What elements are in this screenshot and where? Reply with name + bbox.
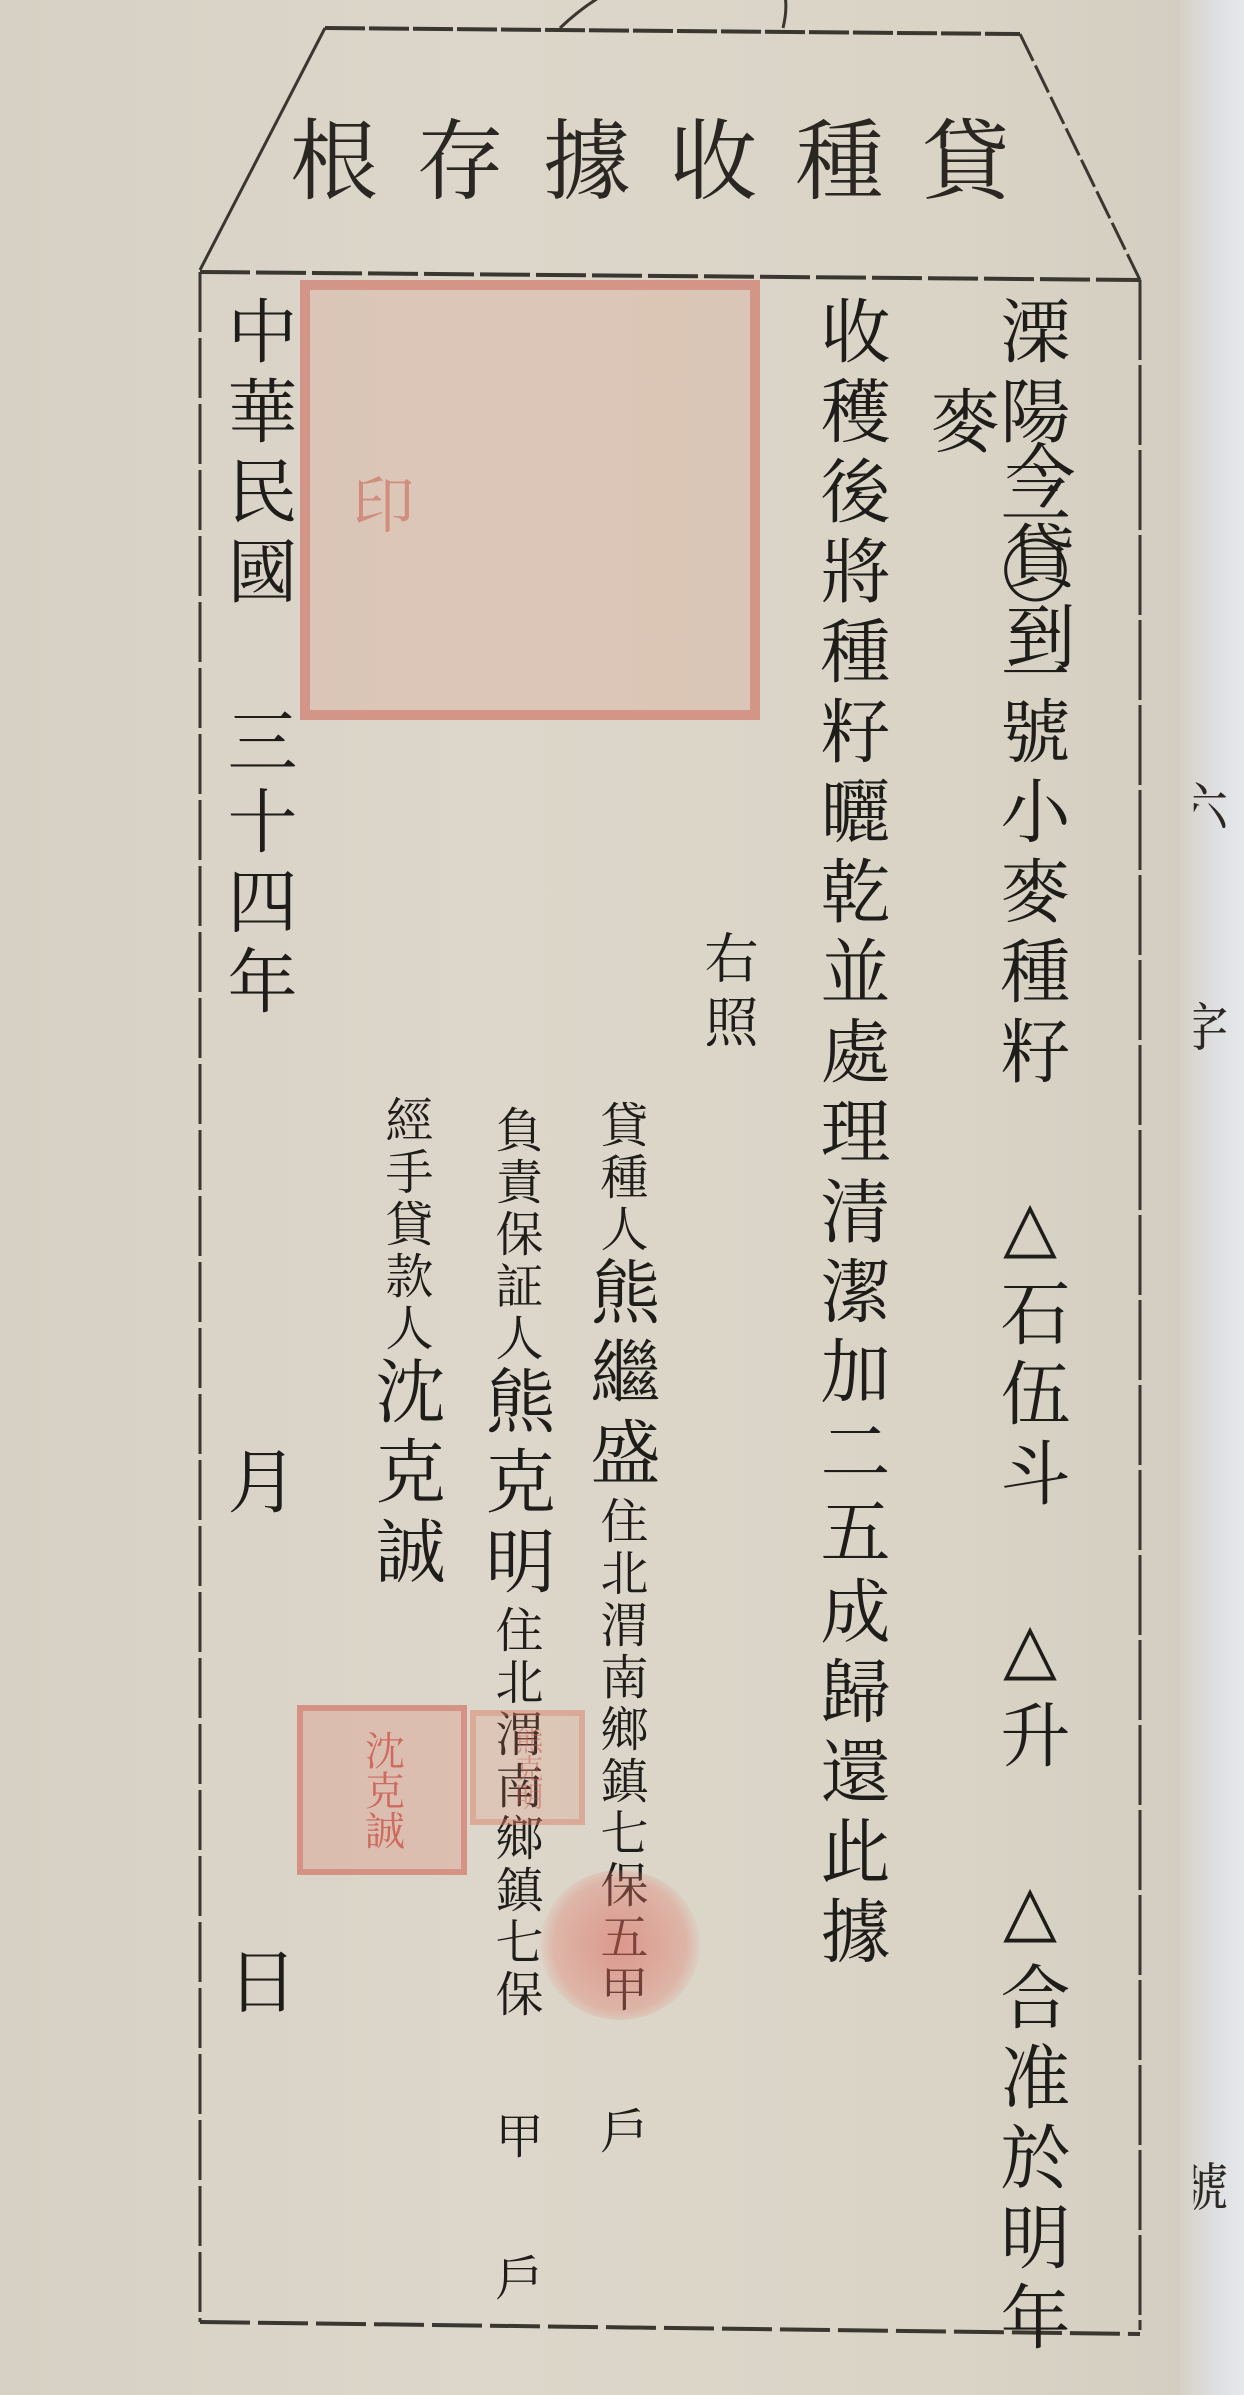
handler-column: 經手貸款人沈克誠 — [370, 1095, 440, 1595]
borrower-label: 貸種人 — [592, 1100, 648, 1256]
borrower-name: 熊繼盛 — [579, 1256, 661, 1496]
title-char: 種 — [796, 92, 884, 218]
guarantor-seal: 熊克明 — [470, 1710, 585, 1825]
thumbprint — [540, 1870, 700, 2020]
quantity-dan: △石伍斗 — [989, 1185, 1071, 1517]
handler-seal: 沈克誠 — [297, 1705, 467, 1875]
as-above-column: 右照 — [700, 930, 754, 1058]
seal-glyph: 沈克誠 — [354, 1730, 411, 1850]
seed-variety: 溧陽三〇二號小麥種籽 — [989, 295, 1071, 1095]
date-era: 中華民國 — [216, 295, 298, 615]
guarantor-hu: 戶 — [487, 2253, 543, 2305]
quantity-sheng: △升 — [989, 1607, 1071, 1779]
date-column: 中華民國三十四年月日 — [222, 295, 292, 2025]
seal-glyph: 印 — [352, 456, 414, 545]
document-title: 貸 種 收 據 存 根 — [290, 95, 1010, 215]
guarantor-label: 負責保証人 — [487, 1105, 543, 1365]
terms-column: 收穫後將種籽曬乾並處理清潔加二五成歸還此據 — [815, 295, 885, 1975]
title-char: 根 — [290, 92, 378, 218]
guarantor-name: 熊克明 — [474, 1365, 556, 1605]
seed-quantity-column: 溧陽三〇二號小麥種籽△石伍斗△升△合准於明年麥 — [925, 295, 1065, 2395]
title-char: 存 — [416, 92, 504, 218]
title-char: 據 — [543, 92, 631, 218]
date-month: 月 — [216, 1445, 298, 1525]
borrower-hu: 戶 — [592, 2106, 648, 2158]
quantity-he-due: △合准於明年 — [989, 1869, 1071, 2361]
official-seal: 印 — [300, 280, 760, 720]
handler-label: 經手貸款人 — [377, 1095, 433, 1355]
seed-line-tail: 麥 — [919, 385, 1001, 465]
title-char: 收 — [669, 92, 757, 218]
guarantor-column: 負責保証人熊克明住北渭南鄉鎮七保甲戶 — [480, 1105, 550, 2305]
handler-name: 沈克誠 — [364, 1355, 446, 1595]
date-day: 日 — [216, 1945, 298, 2025]
seal-glyph: 熊克明 — [508, 1726, 548, 1810]
guarantor-jia: 甲 — [487, 2111, 543, 2163]
date-year: 三十四年 — [216, 705, 298, 1025]
title-char: 貸 — [922, 92, 1010, 218]
